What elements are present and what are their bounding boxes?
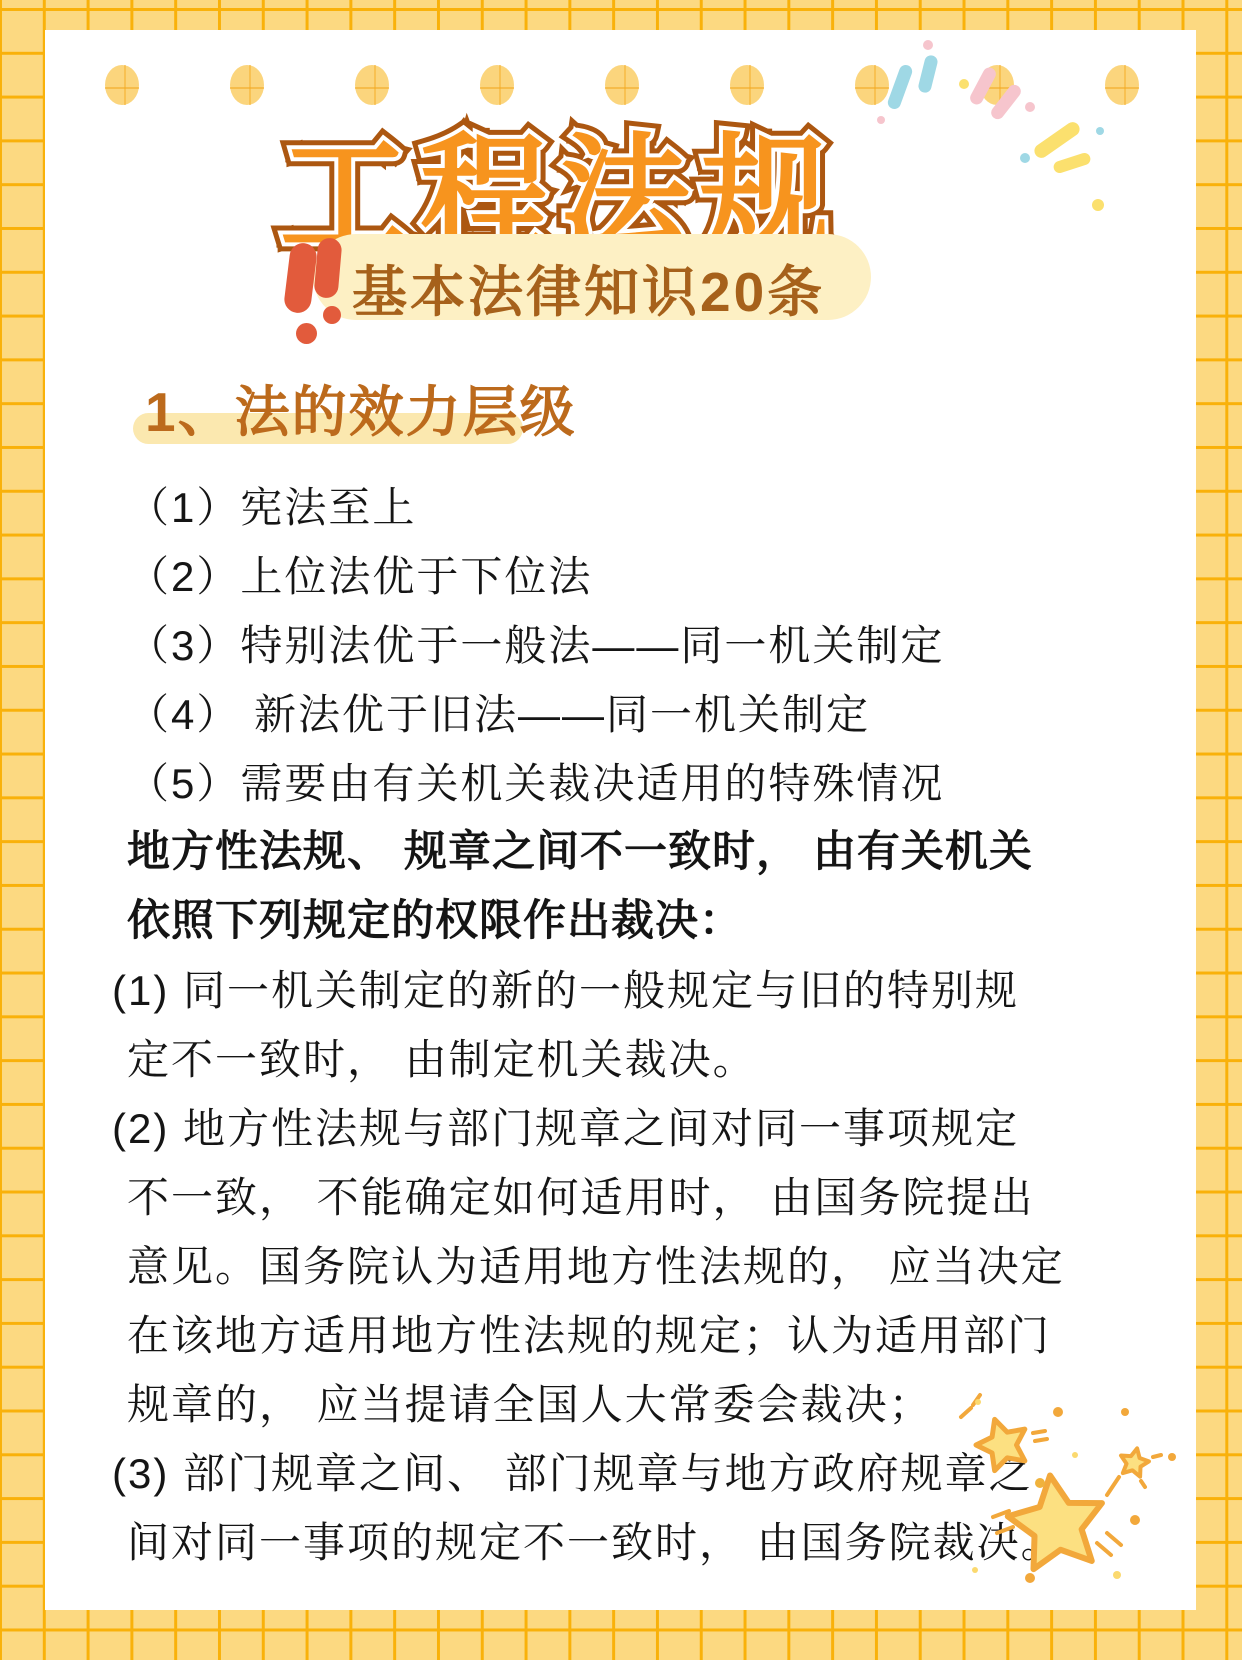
body-line: 不一致， 不能确定如何适用时， 由国务院提出	[127, 1163, 1137, 1232]
body-line: (1) 同一机关制定的新的一般规定与旧的特别规	[112, 956, 1137, 1025]
body-line: 地方性法规、 规章之间不一致时， 由有关机关	[127, 818, 1137, 887]
hole-dot	[230, 65, 264, 105]
section-heading: 1、法的效力层级	[145, 368, 577, 447]
body-line: 依照下列规定的权限作出裁决：	[127, 887, 1137, 956]
body-line: 意见。国务院认为适用地方性法规的， 应当决定	[127, 1232, 1137, 1301]
confetti-burst-icon	[845, 25, 1125, 225]
star-sparkles-icon	[945, 1375, 1242, 1615]
body-line: （5）需要由有关机关裁决适用的特殊情况	[127, 749, 1137, 818]
body-line: 在该地方适用地方性法规的规定；认为适用部门	[127, 1301, 1137, 1370]
body-line: (2) 地方性法规与部门规章之间对同一事项规定	[112, 1094, 1137, 1163]
body-line: （4） 新法优于旧法——同一机关制定	[127, 680, 1137, 749]
body-line: （1）宪法至上	[127, 473, 1137, 542]
infographic-page: { "header": { "title": "工程法规", "badge": …	[0, 0, 1242, 1660]
body-line: （3）特别法优于一般法——同一机关制定	[127, 611, 1137, 680]
hole-dot	[105, 65, 139, 105]
body-line: 定不一致时， 由制定机关裁决。	[127, 1025, 1137, 1094]
body-line: （2）上位法优于下位法	[127, 542, 1137, 611]
subtitle-badge-label: 基本法律知识20条	[352, 248, 825, 327]
